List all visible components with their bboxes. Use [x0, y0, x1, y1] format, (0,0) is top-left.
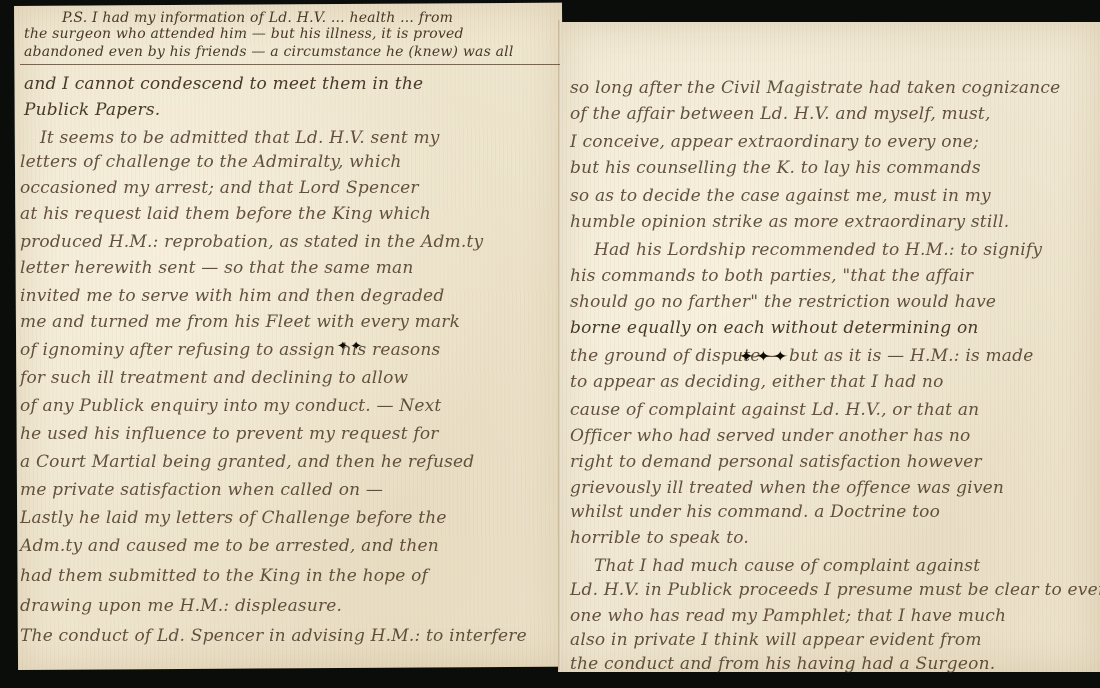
letter-line: horrible to speak to.	[570, 528, 749, 548]
postscript-line: the surgeon who attended him — but his i…	[24, 26, 464, 42]
letter-line: cause of complaint against Ld. H.V., or …	[570, 400, 979, 420]
postscript-line: Publick Papers.	[24, 100, 160, 120]
letter-line: invited me to serve with him and then de…	[20, 286, 444, 306]
letter-line: for such ill treatment and declining to …	[20, 368, 408, 388]
letter-line: grievously ill treated when the offence …	[570, 478, 1004, 498]
letter-line: humble opinion strike as more extraordin…	[570, 212, 1009, 232]
letter-line: so as to decide the case against me, mus…	[570, 186, 991, 206]
left-page: P.S. I had my information of Ld. H.V. ..…	[0, 0, 560, 688]
letter-line: Adm.ty and caused me to be arrested, and…	[20, 536, 439, 556]
right-page: so long after the Civil Magistrate had t…	[560, 0, 1100, 688]
letter-line: whilst under his command. a Doctrine too	[570, 502, 940, 522]
letter-line: letter herewith sent — so that the same …	[20, 258, 414, 278]
letter-line: he used his influence to prevent my requ…	[20, 424, 439, 444]
postscript-line: and I cannot condescend to meet them in …	[24, 74, 423, 94]
letter-line: of ignominy after refusing to assign his…	[20, 340, 440, 360]
letter-line: a Court Martial being granted, and then …	[20, 452, 474, 472]
letter-line: the conduct and from his having had a Su…	[570, 654, 995, 674]
letter-line: the ground of dispute — but as it is — H…	[570, 346, 1033, 366]
letter-line: borne equally on each without determinin…	[570, 318, 979, 338]
letter-line: should go no farther" the restriction wo…	[570, 292, 996, 312]
letter-line: The conduct of Ld. Spencer in advising H…	[20, 626, 527, 646]
postscript-line: abandoned even by his friends — a circum…	[24, 44, 514, 60]
letter-line: produced H.M.: reprobation, as stated in…	[20, 232, 483, 252]
letter-line: but his counselling the K. to lay his co…	[570, 158, 981, 178]
manuscript-scan: P.S. I had my information of Ld. H.V. ..…	[0, 0, 1100, 688]
letter-line: right to demand personal satisfaction ho…	[570, 452, 982, 472]
letter-line: It seems to be admitted that Ld. H.V. se…	[40, 128, 440, 148]
letter-line: also in private I think will appear evid…	[570, 630, 982, 650]
letter-line: at his request laid them before the King…	[20, 204, 431, 224]
ink-blot: ✦✦	[336, 339, 363, 352]
letter-line: drawing upon me H.M.: displeasure.	[20, 596, 342, 616]
letter-line: to appear as deciding, either that I had…	[570, 372, 944, 392]
letter-line: of any Publick enquiry into my conduct. …	[20, 396, 441, 416]
letter-line: That I had much cause of complaint again…	[594, 556, 980, 576]
letter-line: one who has read my Pamphlet; that I hav…	[570, 606, 1006, 626]
ink-blot: ✦✦✦	[738, 348, 789, 365]
letter-line: of the affair between Ld. H.V. and mysel…	[570, 104, 991, 124]
letter-line: occasioned my arrest; and that Lord Spen…	[20, 178, 419, 198]
letter-line: letters of challenge to the Admiralty, w…	[20, 152, 402, 172]
letter-line: so long after the Civil Magistrate had t…	[570, 78, 1060, 98]
letter-line: me private satisfaction when called on —	[20, 480, 383, 500]
postscript-line: P.S. I had my information of Ld. H.V. ..…	[62, 10, 453, 26]
letter-line: Officer who had served under another has…	[570, 426, 971, 446]
letter-line: I conceive, appear extraordinary to ever…	[570, 132, 979, 152]
letter-line: Had his Lordship recommended to H.M.: to…	[594, 240, 1042, 260]
postscript-rule	[20, 64, 560, 65]
letter-line: had them submitted to the King in the ho…	[20, 566, 428, 586]
letter-line: his commands to both parties, "that the …	[570, 266, 973, 286]
letter-line: Lastly he laid my letters of Challenge b…	[20, 508, 447, 528]
letter-line: Ld. H.V. in Publick proceeds I presume m…	[570, 580, 1100, 600]
letter-line: me and turned me from his Fleet with eve…	[20, 312, 460, 332]
